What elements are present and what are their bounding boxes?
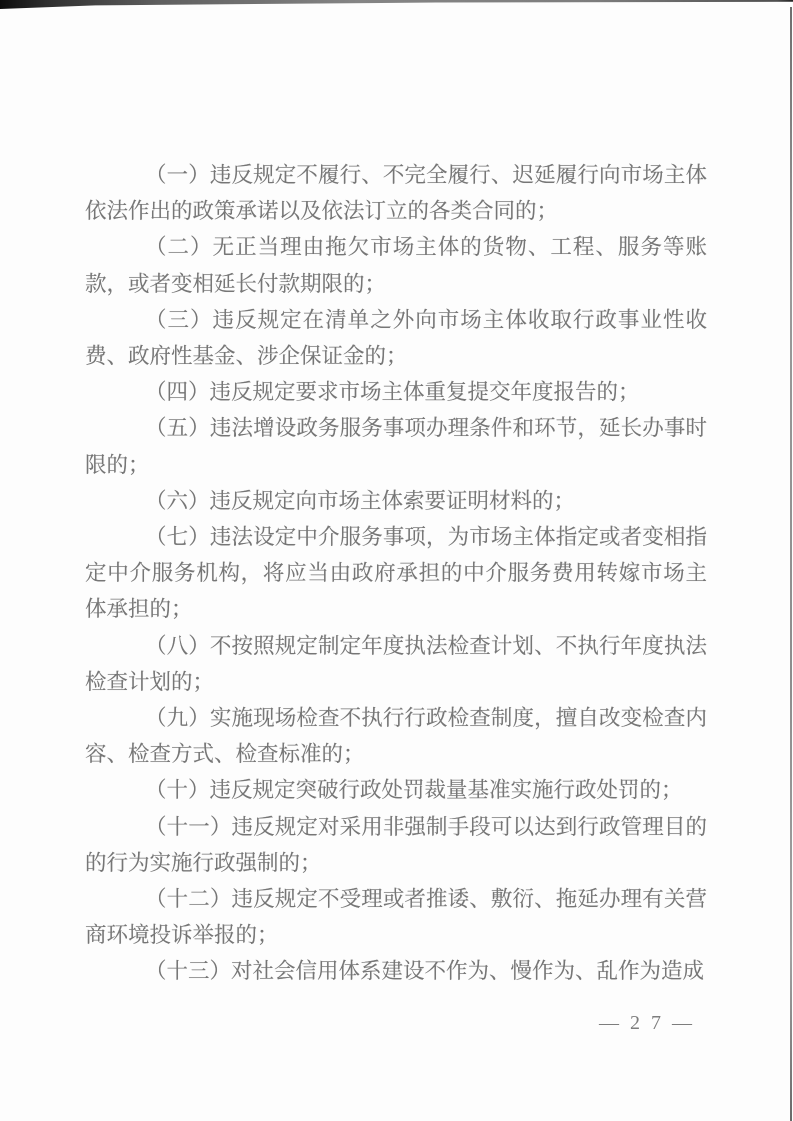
- page-number: — 2 7 —: [592, 1010, 702, 1036]
- regulation-item-3: （三）违反规定在清单之外向市场主体收取行政事业性收费、政府性基金、涉企保证金的；: [85, 302, 707, 374]
- scanned-document-page: （一）违反规定不履行、不完全履行、迟延履行向市场主体依法作出的政策承诺以及依法订…: [0, 0, 793, 1121]
- regulation-item-4: （四）违反规定要求市场主体重复提交年度报告的；: [85, 374, 707, 410]
- regulation-item-8: （八）不按照规定制定年度执法检查计划、不执行年度执法检查计划的；: [85, 628, 707, 700]
- regulation-item-10: （十）违反规定突破行政处罚裁量基准实施行政处罚的；: [85, 772, 707, 808]
- regulation-item-9: （九）实施现场检查不执行行政检查制度，擅自改变检查内容、检查方式、检查标准的；: [85, 700, 707, 772]
- scan-artifact-top-edge: [0, 0, 793, 9]
- regulation-item-7: （七）违法设定中介服务事项，为市场主体指定或者变相指定中介服务机构，将应当由政府…: [85, 519, 707, 628]
- regulation-item-5: （五）违法增设政务服务事项办理条件和环节，延长办事时限的；: [85, 410, 707, 482]
- scan-artifact-right-edge: [790, 7, 792, 1121]
- regulation-item-13: （十三）对社会信用体系建设不作为、慢作为、乱作为造成: [85, 953, 707, 989]
- regulation-item-11: （十一）违反规定对采用非强制手段可以达到行政管理目的的行为实施行政强制的；: [85, 809, 707, 881]
- regulation-item-6: （六）违反规定向市场主体索要证明材料的；: [85, 483, 707, 519]
- regulation-item-1: （一）违反规定不履行、不完全履行、迟延履行向市场主体依法作出的政策承诺以及依法订…: [85, 157, 707, 229]
- regulation-item-12: （十二）违反规定不受理或者推诿、敷衍、拖延办理有关营商环境投诉举报的；: [85, 881, 707, 953]
- regulation-item-2: （二）无正当理由拖欠市场主体的货物、工程、服务等账款，或者变相延长付款期限的；: [85, 229, 707, 301]
- document-body: （一）违反规定不履行、不完全履行、迟延履行向市场主体依法作出的政策承诺以及依法订…: [85, 157, 707, 990]
